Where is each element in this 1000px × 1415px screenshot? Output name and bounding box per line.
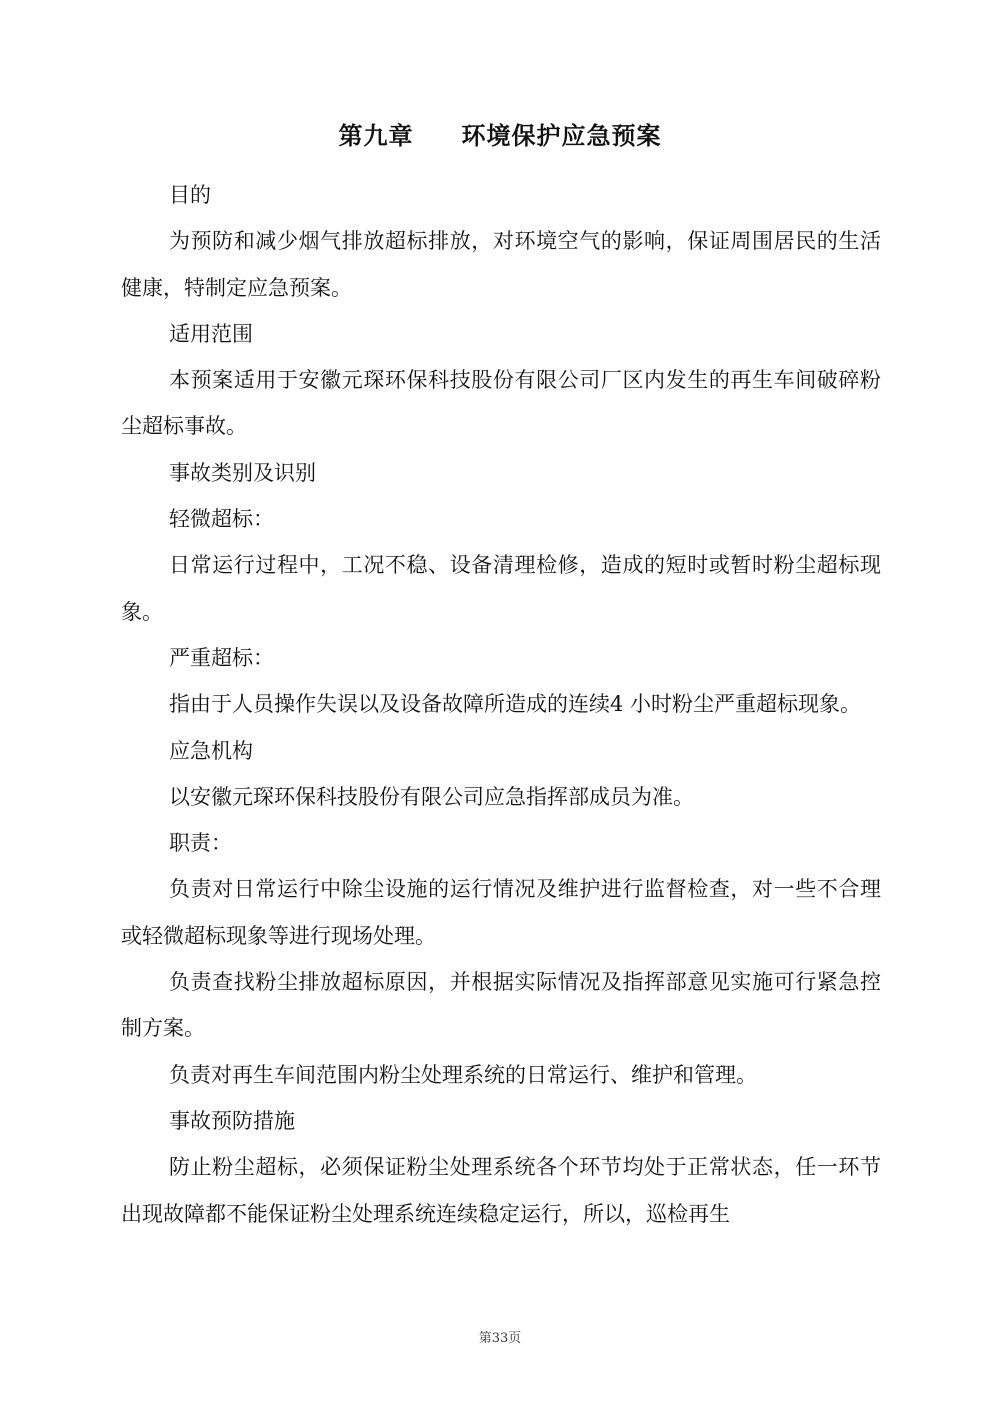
chapter-label: 第九章 bbox=[339, 122, 414, 150]
page-number: 第33页 bbox=[0, 1327, 1000, 1346]
paragraph-purpose: 为预防和减少烟气排放超标排放，对环境空气的影响，保证周围居民的生活健康，特制定应… bbox=[121, 218, 881, 311]
paragraph-prevention: 防止粉尘超标，必须保证粉尘处理系统各个环节均处于正常状态，任一环节出现故障都不能… bbox=[121, 1144, 881, 1237]
paragraph-organization: 以安徽元琛环保科技股份有限公司应急指挥部成员为准。 bbox=[121, 774, 881, 820]
section-heading-prevention: 事故预防措施 bbox=[121, 1098, 881, 1144]
paragraph-severe: 指由于人员操作失误以及设备故障所造成的连续4 小时粉尘严重超标现象。 bbox=[121, 681, 881, 727]
document-body: 目的 为预防和减少烟气排放超标排放，对环境空气的影响，保证周围居民的生活健康，特… bbox=[121, 172, 881, 1237]
subheading-duties: 职责： bbox=[121, 820, 881, 866]
section-heading-purpose: 目的 bbox=[121, 172, 881, 218]
section-heading-categories: 事故类别及识别 bbox=[121, 450, 881, 496]
paragraph-duty-1: 负责对日常运行中除尘设施的运行情况及维护进行监督检查，对一些不合理或轻微超标现象… bbox=[121, 866, 881, 959]
paragraph-minor: 日常运行过程中，工况不稳、设备清理检修，造成的短时或暂时粉尘超标现象。 bbox=[121, 542, 881, 635]
section-heading-scope: 适用范围 bbox=[121, 311, 881, 357]
subheading-severe: 严重超标： bbox=[121, 635, 881, 681]
paragraph-duty-2: 负责查找粉尘排放超标原因，并根据实际情况及指挥部意见实施可行紧急控制方案。 bbox=[121, 959, 881, 1052]
paragraph-duty-3: 负责对再生车间范围内粉尘处理系统的日常运行、维护和管理。 bbox=[121, 1052, 881, 1098]
paragraph-scope: 本预案适用于安徽元琛环保科技股份有限公司厂区内发生的再生车间破碎粉尘超标事故。 bbox=[121, 357, 881, 450]
subheading-minor: 轻微超标： bbox=[121, 496, 881, 542]
chapter-heading: 第九章环境保护应急预案 bbox=[0, 116, 1000, 151]
section-heading-organization: 应急机构 bbox=[121, 728, 881, 774]
chapter-title: 环境保护应急预案 bbox=[462, 122, 662, 150]
